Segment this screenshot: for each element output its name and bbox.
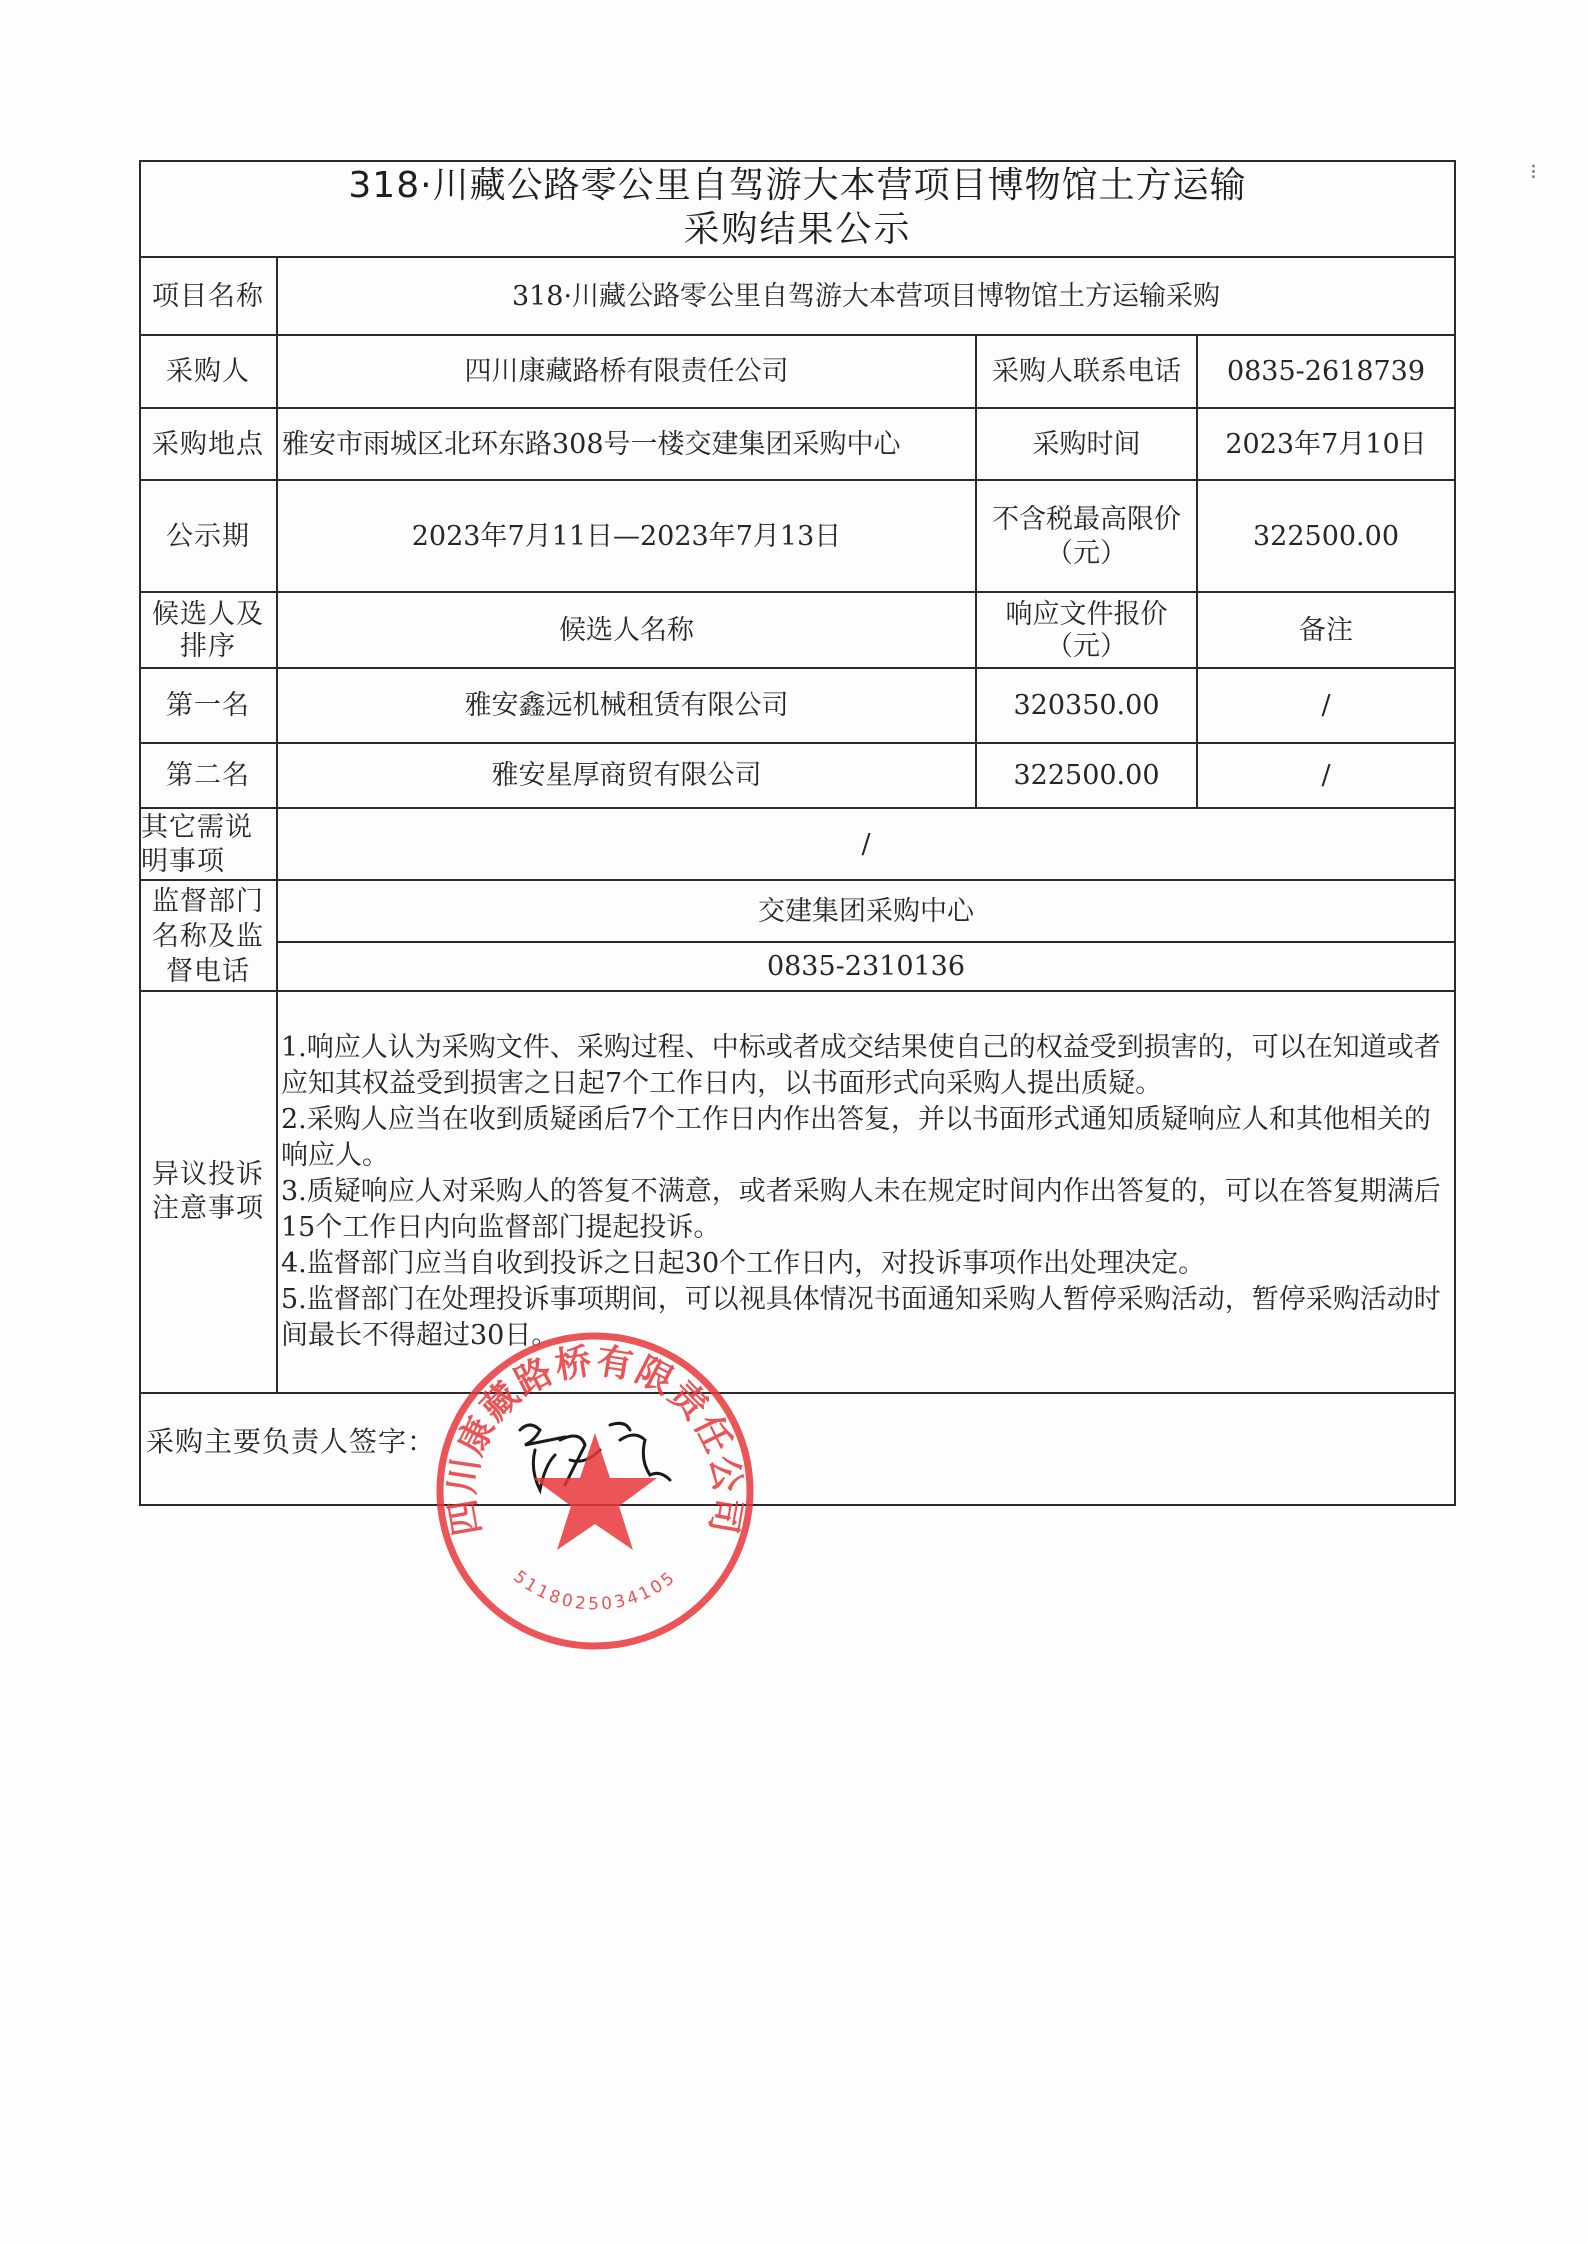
supervision-label: 监督部门 名称及监 督电话 <box>139 881 277 991</box>
supervision-label-line1: 监督部门 <box>152 884 264 919</box>
complaint-item: 4.监督部门应当自收到投诉之日起30个工作日内，对投诉事项作出处理决定。 <box>281 1246 1453 1282</box>
complaints-label-line1: 异议投诉 <box>152 1158 264 1192</box>
quote-header-line1: 响应文件报价 <box>1006 599 1168 631</box>
complaints-label: 异议投诉 注意事项 <box>139 992 277 1392</box>
complaints-notes: 1.响应人认为采购文件、采购过程、中标或者成交结果使自己的权益受到损害的，可以在… <box>281 1030 1453 1354</box>
supervision-label-line2: 名称及监 <box>152 919 264 954</box>
candidates-rank-header: 候选人及 排序 <box>139 593 277 668</box>
title-line-1: 318·川藏公路零公里自驾游大本营项目博物馆土方运输 <box>139 162 1456 208</box>
supervision-dept: 交建集团采购中心 <box>278 881 1454 942</box>
other-matters-label: 其它需说 明事项 <box>141 809 277 880</box>
purchaser-contact-value: 0835-2618739 <box>1198 336 1454 408</box>
handwritten-signature <box>500 1400 700 1510</box>
row-divider <box>139 1392 1456 1394</box>
purchase-time-value: 2023年7月10日 <box>1198 409 1454 480</box>
candidate-name: 雅安星厚商贸有限公司 <box>278 744 975 808</box>
notice-period-value: 2023年7月11日—2023年7月13日 <box>278 481 975 592</box>
candidate-quote: 320350.00 <box>977 669 1196 743</box>
location-label: 采购地点 <box>139 409 277 480</box>
remark-header: 备注 <box>1198 593 1454 668</box>
max-price-value: 322500.00 <box>1198 481 1454 592</box>
document-title: 318·川藏公路零公里自驾游大本营项目博物馆土方运输 采购结果公示 <box>139 162 1456 258</box>
scan-artifact: ⁝ <box>1530 160 1570 220</box>
max-price-label-line1: 不含税最高限价 <box>992 503 1181 537</box>
max-price-label: 不含税最高限价 （元） <box>977 481 1196 592</box>
complaint-item: 5.监督部门在处理投诉事项期间，可以视具体情况书面通知采购人暂停采购活动，暂停采… <box>281 1282 1453 1354</box>
purchaser-value: 四川康藏路桥有限责任公司 <box>278 336 975 408</box>
complaint-item: 1.响应人认为采购文件、采购过程、中标或者成交结果使自己的权益受到损害的，可以在… <box>281 1030 1453 1102</box>
complaints-label-line2: 注意事项 <box>152 1192 264 1226</box>
signature-label: 采购主要负责人签字： <box>146 1420 436 1460</box>
candidate-name: 雅安鑫远机械租赁有限公司 <box>278 669 975 743</box>
candidate-rank: 第二名 <box>139 744 277 808</box>
purchase-time-label: 采购时间 <box>977 409 1196 480</box>
candidate-name-header: 候选人名称 <box>278 593 975 668</box>
project-name-value: 318·川藏公路零公里自驾游大本营项目博物馆土方运输采购 <box>278 258 1454 335</box>
candidate-quote: 322500.00 <box>977 744 1196 808</box>
purchaser-contact-label: 采购人联系电话 <box>977 336 1196 408</box>
candidate-remark: / <box>1198 669 1454 743</box>
quote-header-line2: （元） <box>1046 631 1127 663</box>
supervision-phone: 0835-2310136 <box>278 943 1454 991</box>
quote-header: 响应文件报价 （元） <box>977 593 1196 668</box>
candidates-rank-header-line2: 排序 <box>180 631 236 663</box>
complaint-item: 2.采购人应当在收到质疑函后7个工作日内作出答复，并以书面形式通知质疑响应人和其… <box>281 1102 1453 1174</box>
project-name-label: 项目名称 <box>139 258 277 335</box>
location-value: 雅安市雨城区北环东路308号一楼交建集团采购中心 <box>278 409 975 480</box>
complaint-item: 3.质疑响应人对采购人的答复不满意，或者采购人未在规定时间内作出答复的，可以在答… <box>281 1174 1453 1246</box>
candidates-rank-header-line1: 候选人及 <box>152 599 264 631</box>
other-matters-value: / <box>278 809 1454 880</box>
purchaser-label: 采购人 <box>139 336 277 408</box>
max-price-label-line2: （元） <box>1046 537 1127 571</box>
candidate-rank: 第一名 <box>139 669 277 743</box>
supervision-label-line3: 督电话 <box>166 954 250 989</box>
other-matters-label-line2: 明事项 <box>141 845 225 879</box>
notice-period-label: 公示期 <box>139 481 277 592</box>
title-line-2: 采购结果公示 <box>139 208 1456 252</box>
other-matters-label-line1: 其它需说 <box>141 811 253 845</box>
candidate-remark: / <box>1198 744 1454 808</box>
document-page: 318·川藏公路零公里自驾游大本营项目博物馆土方运输 采购结果公示 项目名称 3… <box>0 0 1587 2244</box>
svg-text:5118025034105: 5118025034105 <box>509 1567 680 1615</box>
